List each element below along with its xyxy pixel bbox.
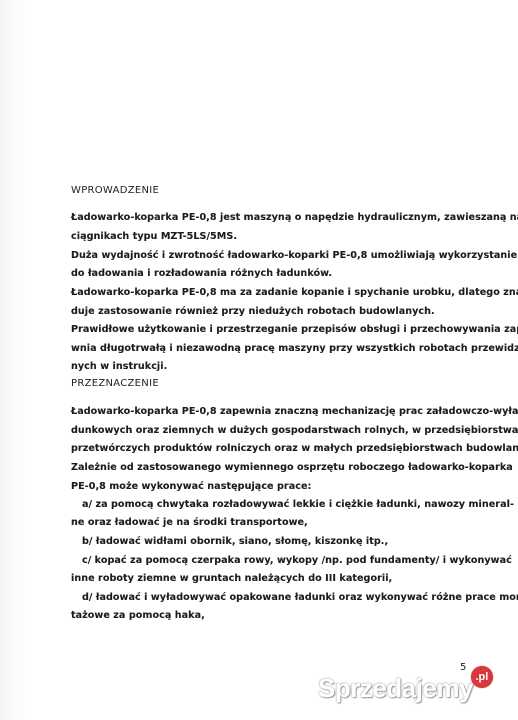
section-heading-purpose: PRZEZNACZENIE: [71, 378, 159, 390]
list-item-a: a/ za pomocą chwytaka rozładowywać lekki…: [82, 499, 469, 511]
paragraph-line: wnia długotrwałą i niezawodną pracę masz…: [71, 343, 469, 355]
paragraph-line: Duża wydajność i zwrotność ładowarko-kop…: [71, 250, 469, 262]
paragraph-line: do ładowania i rozładowania różnych ładu…: [71, 268, 469, 280]
list-item-a-continued: ne oraz ładować je na środki transportow…: [71, 517, 469, 529]
list-item-d-continued: tażowe za pomocą haka,: [71, 610, 469, 622]
paragraph-line: Ładowarko-koparka PE-0,8 jest maszyną o …: [71, 212, 469, 224]
section-heading-introduction: WPROWADZENIE: [71, 185, 159, 197]
list-item-c-continued: inne roboty ziemne w gruntach należących…: [71, 573, 469, 585]
paragraph-line: Ładowarko-koparka PE-0,8 ma za zadanie k…: [71, 287, 469, 299]
paragraph-line: Zależnie od zastosowanego wymiennego osp…: [71, 462, 451, 474]
paragraph-line: PE-0,8 może wykonywać następujące prace:: [71, 481, 469, 493]
paragraph-line: Ładowarko-koparka PE-0,8 zapewnia znaczn…: [71, 406, 469, 418]
watermark-text: Sprzedajemy: [318, 672, 473, 704]
paragraph-line: przetwórczych produktów rolniczych oraz …: [71, 443, 469, 455]
list-item-c: c/ kopać za pomocą czerpaka rowy, wykopy…: [82, 555, 469, 567]
list-item-b: b/ ładować widłami obornik, siano, słomę…: [82, 536, 469, 548]
sprzedajemy-watermark: Sprzedajemy .pl: [318, 672, 493, 708]
paragraph-line: dunkowych oraz ziemnych w dużych gospoda…: [71, 425, 469, 437]
paragraph-line: nych w instrukcji.: [71, 361, 469, 373]
list-item-d: d/ ładować i wyładowywać opakowane ładun…: [82, 592, 469, 604]
paragraph-line: Prawidłowe użytkowanie i przestrzeganie …: [71, 324, 469, 336]
document-page: WPROWADZENIE Ładowarko-koparka PE-0,8 je…: [0, 0, 518, 720]
watermark-pl-badge-icon: .pl: [471, 666, 493, 688]
paragraph-line: ciągnikach typu MZT-5LS/5MS.: [71, 231, 469, 243]
paragraph-line: duje zastosowanie również przy niedużych…: [71, 306, 469, 318]
